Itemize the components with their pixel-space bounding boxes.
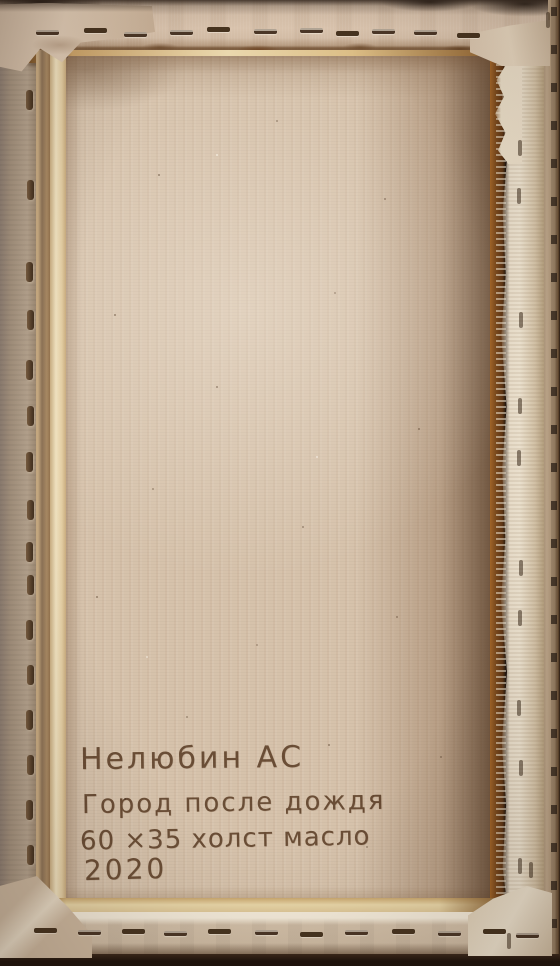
- canvas-back-panel: [66, 56, 492, 904]
- staple-mark: [164, 931, 187, 936]
- staple-mark: [516, 933, 539, 938]
- staple-mark: [529, 862, 533, 878]
- staple-mark: [517, 700, 521, 716]
- staple-mark: [27, 665, 34, 685]
- inscription-artist: Нелюбин АС: [80, 743, 304, 775]
- inscription-title: Город после дождя: [82, 788, 386, 818]
- staple-mark: [26, 710, 33, 730]
- stretcher-bar-left: [50, 52, 67, 916]
- staple-mark: [26, 360, 33, 380]
- staple-mark: [517, 188, 521, 204]
- staple-mark: [438, 931, 461, 936]
- tacking-edge-grime: [551, 0, 557, 966]
- staple-mark: [254, 29, 277, 34]
- staple-mark: [414, 30, 437, 35]
- staple-mark: [207, 27, 230, 32]
- staple-mark: [392, 929, 415, 934]
- staple-mark: [300, 932, 323, 937]
- staple-mark: [519, 560, 523, 576]
- staple-mark: [26, 542, 33, 562]
- staple-mark: [336, 31, 359, 36]
- staple-mark: [519, 760, 523, 776]
- staple-mark: [84, 28, 107, 33]
- staple-mark: [26, 452, 33, 472]
- inscription-size-materials: 60 ×35 холст масло: [80, 823, 371, 854]
- staple-mark: [518, 398, 522, 414]
- staple-mark: [26, 90, 33, 110]
- staple-mark: [27, 310, 34, 330]
- staple-mark: [345, 930, 368, 935]
- staple-mark: [255, 930, 278, 935]
- staple-mark: [483, 929, 506, 934]
- staple-mark: [124, 32, 147, 37]
- inscription-year: 2020: [84, 855, 168, 885]
- staple-mark: [27, 406, 34, 426]
- canvas-fold-right: [500, 52, 544, 938]
- staple-mark: [546, 12, 550, 28]
- staple-mark: [34, 928, 57, 933]
- staple-mark: [300, 28, 323, 33]
- staple-mark: [170, 30, 193, 35]
- staple-mark: [27, 845, 34, 865]
- staple-mark: [27, 180, 34, 200]
- staple-mark: [26, 262, 33, 282]
- staple-mark: [27, 755, 34, 775]
- staple-mark: [26, 620, 33, 640]
- staple-mark: [457, 33, 480, 38]
- staple-mark: [519, 312, 523, 328]
- staple-mark: [517, 450, 521, 466]
- staple-mark: [36, 30, 59, 35]
- staple-mark: [518, 858, 522, 874]
- staple-mark: [27, 500, 34, 520]
- staple-mark: [518, 610, 522, 626]
- staple-mark: [78, 930, 101, 935]
- staple-mark: [507, 933, 511, 949]
- staple-mark: [122, 929, 145, 934]
- staple-mark: [372, 29, 395, 34]
- canvas-back-photo: Нелюбин АС Город после дождя 60 ×35 холс…: [0, 0, 560, 966]
- staple-mark: [27, 575, 34, 595]
- staple-mark: [518, 140, 522, 156]
- staple-mark: [26, 800, 33, 820]
- staple-mark: [208, 929, 231, 934]
